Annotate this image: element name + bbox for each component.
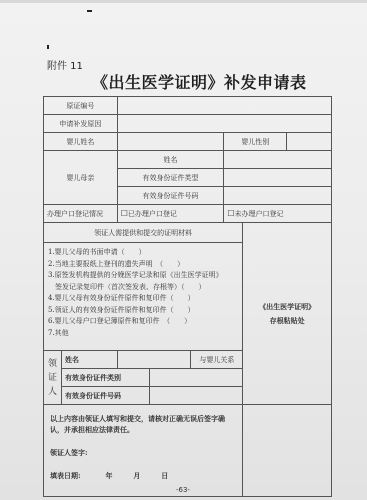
recipient-relation-label: 与婴儿关系 xyxy=(191,351,243,369)
mother-label: 婴儿母亲 xyxy=(44,151,118,205)
original-cert-no-label: 原证编号 xyxy=(44,97,118,115)
materials-item: 4.婴儿父母有效身份证件原件和复印件（ ） xyxy=(48,293,238,305)
mother-id-number-field[interactable] xyxy=(224,187,332,205)
infant-gender-field[interactable] xyxy=(287,133,332,151)
household-option-done[interactable]: ☐已办理户口登记 xyxy=(117,205,224,223)
paste-area-line1: 《出生医学证明》 xyxy=(246,300,328,314)
stub-paste-area: 《出生医学证明》 存根粘贴处 xyxy=(243,223,332,405)
document-title: 《出生医学证明》补发申请表 xyxy=(92,70,307,93)
stub-paste-area-continued xyxy=(243,405,332,497)
mother-name-field[interactable] xyxy=(224,151,332,169)
mother-name-label: 姓名 xyxy=(117,151,224,169)
scan-mark xyxy=(87,10,92,12)
reissue-reason-label: 申请补发原因 xyxy=(44,115,118,133)
materials-list: 1.婴儿父母的书面申请（ ） 2.当地主要报纸上登刊的遗失声明 （ ） 3.原签… xyxy=(44,243,243,351)
materials-item: 5.领证人的有效身份证件原件和复印件（ ） xyxy=(48,305,238,317)
scan-mark xyxy=(47,45,49,49)
recipient-label: 领 证 人 xyxy=(44,351,62,405)
household-option-not-done[interactable]: ☐未办理户口登记 xyxy=(224,205,332,223)
recipient-id-type-field[interactable] xyxy=(149,369,243,387)
recipient-id-number-field[interactable] xyxy=(149,387,243,405)
checkbox-icon[interactable]: ☐ xyxy=(121,209,128,218)
date-day: 日 xyxy=(161,471,168,480)
declaration-text-line2: 认，并承担相应法律责任。 xyxy=(50,424,236,435)
date-year: 年 xyxy=(105,471,112,480)
declaration-block: 以上内容由领证人填写和提交，请核对正确无误后签字确 认，并承担相应法律责任。 领… xyxy=(44,405,243,497)
materials-item: 6.婴儿父母户口登记簿原件和复印件 （ ） xyxy=(48,316,238,328)
recipient-name-field[interactable] xyxy=(117,351,191,369)
infant-gender-label: 婴儿性别 xyxy=(224,133,287,151)
mother-id-type-field[interactable] xyxy=(224,169,332,187)
page-number: -63- xyxy=(176,486,190,494)
date-label: 填表日期: xyxy=(50,471,81,480)
materials-header: 领证人需提供和提交的证明材料 xyxy=(44,223,243,243)
materials-item: 2.当地主要报纸上登刊的遗失声明 （ ） xyxy=(48,259,238,271)
materials-item: 签发记录复印件（首次签发表、存根等）（ ） xyxy=(48,282,238,294)
mother-id-type-label: 有效身份证件类型 xyxy=(117,169,224,187)
household-option-done-label: 已办理户口登记 xyxy=(128,210,177,218)
signature-label: 领证人签字: xyxy=(50,447,236,458)
materials-item: 3.原签发机构提供的分娩医学记录和原《出生医学证明》 xyxy=(48,270,238,282)
original-cert-no-field[interactable] xyxy=(117,97,331,115)
household-label: 办理户口登记情况 xyxy=(44,205,118,223)
date-row: 填表日期: 年 月 日 xyxy=(50,470,236,481)
date-month: 月 xyxy=(133,471,140,480)
attachment-label: 附件 11 xyxy=(47,57,83,72)
household-option-not-done-label: 未办理户口登记 xyxy=(234,210,283,218)
reissue-reason-field[interactable] xyxy=(117,115,331,133)
infant-name-label: 婴儿姓名 xyxy=(44,133,118,151)
mother-id-number-label: 有效身份证件号码 xyxy=(117,187,224,205)
reissue-application-form: 原证编号 申请补发原因 婴儿姓名 婴儿性别 婴儿母亲 姓名 有效身份证件类型 有… xyxy=(43,96,332,497)
declaration-text-line1: 以上内容由领证人填写和提交，请核对正确无误后签字确 xyxy=(50,413,236,424)
materials-item: 7.其他 xyxy=(48,328,238,340)
materials-item: 1.婴儿父母的书面申请（ ） xyxy=(48,247,238,259)
page-top-edge xyxy=(0,0,367,3)
recipient-id-type-label: 有效身份证件类别 xyxy=(61,369,149,387)
paste-area-line2: 存根粘贴处 xyxy=(246,314,328,328)
recipient-id-number-label: 有效身份证件号码 xyxy=(61,387,149,405)
recipient-name-label: 姓名 xyxy=(61,351,117,369)
infant-name-field[interactable] xyxy=(117,133,224,151)
